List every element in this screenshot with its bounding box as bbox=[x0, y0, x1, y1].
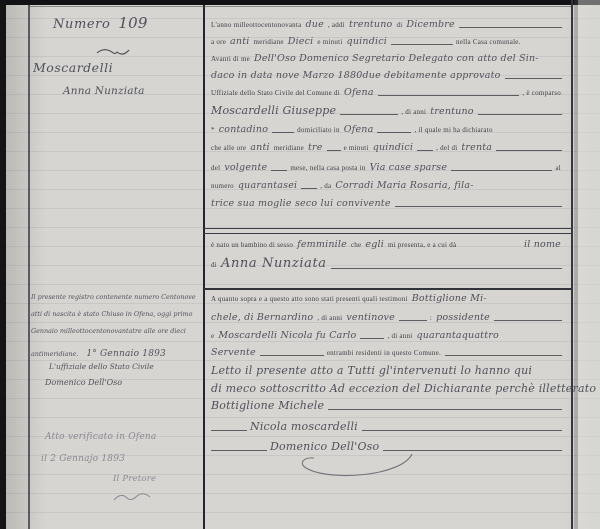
act-line-8: che alle ore anti meridiane tre e minuti… bbox=[211, 142, 565, 153]
printed-town-hall-label: nella Casa comunale. bbox=[456, 38, 521, 46]
signature-line bbox=[383, 448, 562, 451]
act-line-3: Avanti di me Dell'Oso Domenico Segretari… bbox=[211, 53, 565, 64]
act-line-1: L'anno milleottocentonovanta due , addì … bbox=[211, 19, 565, 30]
fill-rule bbox=[494, 318, 562, 321]
fill-rule bbox=[301, 186, 317, 189]
closing-note-officer-signature: Domenico Dell'Oso bbox=[45, 378, 122, 387]
printed-hour-label: a ore bbox=[211, 38, 226, 46]
scanned-birth-record: Numero 109 Moscardelli Anna Nunziata Il … bbox=[0, 0, 600, 529]
fill-rule bbox=[417, 148, 433, 151]
fill-rule bbox=[505, 76, 562, 79]
page-right-border bbox=[571, 0, 573, 529]
margin-surname: Moscardelli bbox=[33, 60, 113, 75]
printed-asterisk: * bbox=[211, 126, 215, 134]
witness-line-4: Servente entrambi residenti in questo Co… bbox=[211, 347, 565, 358]
act-line-10: numero quarantasei , da Corradi Maria Ro… bbox=[211, 180, 565, 191]
margin-given-name: Anna Nunziata bbox=[63, 85, 145, 97]
signature-flourish-icon bbox=[290, 452, 420, 482]
signature-line bbox=[328, 407, 562, 410]
flourish-icon bbox=[95, 46, 131, 58]
act-line-6: Moscardelli Giuseppe , di anni trentuno bbox=[211, 104, 565, 117]
pretore-signature-icon bbox=[111, 490, 153, 506]
hw-delegation-text: daco in data nove Marzo 1880due debitame… bbox=[211, 70, 501, 81]
printed-colon: : bbox=[430, 314, 432, 322]
act-line-4: daco in data nove Marzo 1880due debitame… bbox=[211, 70, 565, 81]
fill-rule bbox=[340, 112, 398, 115]
printed-declared-label: , il quale mi ha dichiarato bbox=[414, 126, 492, 134]
printed-witnesses-label: A quanto sopra e a questo atto sono stat… bbox=[211, 295, 408, 303]
printed-birth-minutes-label: e minuti bbox=[344, 144, 369, 152]
hw-birth-meridian: anti bbox=[250, 142, 269, 153]
hw-month: Dicembre bbox=[406, 19, 454, 30]
printed-and-label: e bbox=[211, 332, 214, 340]
printed-witness2-age-label: , di anni bbox=[387, 332, 412, 340]
witness-line-1: A quanto sopra e a questo atto sono stat… bbox=[211, 293, 565, 304]
fill-rule bbox=[360, 336, 384, 339]
fill-rule bbox=[395, 204, 562, 207]
fill-rule bbox=[459, 25, 562, 28]
printed-presents-label: mi presenta, e a cui dà bbox=[388, 241, 456, 249]
printed-born-label: è nato un bambino di sesso bbox=[211, 241, 293, 249]
closing-note-line: atti di nascita è stato Chiuso in Ofena,… bbox=[31, 310, 192, 318]
hw-birth-day: trenta bbox=[461, 142, 492, 153]
hw-witness1-profession: possidente bbox=[436, 312, 490, 323]
printed-day-label: , addì bbox=[328, 21, 345, 29]
birth-line-1: è nato un bambino di sesso femminile che… bbox=[211, 239, 565, 250]
signature-line bbox=[211, 428, 247, 431]
hw-hour: Dieci bbox=[288, 36, 314, 47]
hw-mother-name: Corradi Maria Rosaria, fila- bbox=[335, 180, 473, 191]
closing-note-line: Gennaio milleottocentonovantatre alle or… bbox=[31, 327, 186, 335]
hw-witness2-age: quarantaquattro bbox=[416, 330, 498, 341]
hw-read-aloud-text: Letto il presente atto a Tutti gl'interv… bbox=[211, 364, 532, 377]
hw-month-qualifier: volgente bbox=[224, 162, 267, 173]
act-line-2: a ore anti meridiane Dieci e minuti quin… bbox=[211, 36, 565, 47]
fill-rule bbox=[378, 93, 520, 96]
verification-note-line: Atto verificato in Ofena bbox=[45, 432, 157, 442]
witness-line-2: chele, di Bernardino , di anni ventinove… bbox=[211, 312, 565, 323]
signature-row-1: Bottiglione Michele bbox=[211, 399, 565, 412]
verification-note-date: il 2 Gennajo 1893 bbox=[41, 454, 125, 464]
fill-rule bbox=[271, 168, 287, 171]
hw-domicile: Ofena bbox=[344, 124, 374, 135]
hw-declarant-name: Moscardelli Giuseppe bbox=[211, 104, 336, 117]
hw-street: Via case sparse bbox=[370, 162, 448, 173]
hw-name-intro: il nome bbox=[524, 239, 561, 250]
hw-mother-details: trice sua moglie seco lui convivente bbox=[211, 198, 391, 209]
fill-rule bbox=[327, 148, 341, 151]
hw-minutes: quindici bbox=[347, 36, 387, 47]
fill-rule bbox=[377, 130, 411, 133]
hw-sex: femminile bbox=[297, 239, 347, 250]
margin-column: Numero 109 Moscardelli Anna Nunziata Il … bbox=[29, 0, 203, 529]
numero-value: 109 bbox=[118, 14, 147, 32]
printed-domicile-label: domiciliato in bbox=[297, 126, 340, 134]
printed-that-label: che bbox=[351, 241, 361, 249]
hw-witness1-age: ventinove bbox=[346, 312, 395, 323]
hw-witness2-name: Moscardelli Nicola fu Carlo bbox=[218, 330, 356, 341]
page-right-margin-strip bbox=[578, 0, 600, 529]
hw-witness1-name: Bottiglione Mi- bbox=[412, 293, 487, 304]
fill-rule bbox=[260, 353, 324, 356]
printed-age-label: , di anni bbox=[401, 108, 426, 116]
printed-witness1-age-label: , di anni bbox=[317, 314, 342, 322]
fill-rule bbox=[331, 266, 562, 269]
printed-year-label: L'anno milleottocentonovanta bbox=[211, 21, 302, 29]
fill-rule bbox=[272, 130, 294, 133]
printed-official-label: Uffiziale dello Stato Civile del Comune … bbox=[211, 89, 340, 97]
hw-year: due bbox=[306, 19, 324, 30]
numero-label: Numero bbox=[53, 17, 110, 32]
printed-number-label: numero bbox=[211, 182, 234, 190]
hw-declarant-age: trentuno bbox=[430, 106, 473, 117]
signature-row-2: Nicola moscardelli bbox=[211, 420, 565, 433]
witness-line-3: e Moscardelli Nicola fu Carlo , di anni … bbox=[211, 330, 565, 341]
act-number-heading: Numero 109 bbox=[53, 14, 152, 33]
hw-day: trentuno bbox=[349, 19, 392, 30]
closing-formula-line-1: Letto il presente atto a Tutti gl'interv… bbox=[211, 364, 565, 377]
act-body-column: L'anno milleottocentonovanta due , addì … bbox=[204, 0, 571, 529]
hw-comune: Ofena bbox=[344, 87, 374, 98]
closing-note-line: Il presente registro contenente numero C… bbox=[31, 293, 196, 301]
scan-edge-left bbox=[0, 0, 6, 529]
act-line-9: del volgente mese, nella casa posta in V… bbox=[211, 162, 565, 173]
hw-child-name: Anna Nunziata bbox=[221, 256, 327, 271]
closing-note-date-line: antimeridiane. 1° Gennaio 1893 bbox=[31, 343, 170, 361]
printed-minutes-label: e minuti bbox=[317, 38, 342, 46]
hw-house-number: quarantasei bbox=[238, 180, 297, 191]
hw-birth-minutes: quindici bbox=[373, 142, 413, 153]
hw-official-name: Dell'Oso Domenico Segretario Delegato co… bbox=[254, 53, 539, 64]
fill-rule bbox=[391, 42, 453, 45]
hw-illiterate-text: di meco sottoscritto Ad eccezion del Dic… bbox=[211, 382, 596, 395]
fill-rule bbox=[451, 168, 552, 171]
printed-meridian-label: meridiane bbox=[254, 38, 284, 46]
signature-line bbox=[211, 448, 267, 451]
printed-birth-day-label: , del dì bbox=[436, 144, 457, 152]
pretore-title: Il Pretore bbox=[113, 474, 156, 484]
closing-note-line: antimeridiane. bbox=[31, 350, 78, 358]
printed-before-me-label: Avanti di me bbox=[211, 55, 250, 63]
birth-line-2: di Anna Nunziata bbox=[211, 256, 565, 271]
printed-of-the-label: del bbox=[211, 164, 220, 172]
act-line-11: trice sua moglie seco lui convivente bbox=[211, 198, 565, 209]
hw-presenter: egli bbox=[365, 239, 384, 250]
fill-gap bbox=[460, 247, 521, 248]
witness2-signature: Nicola moscardelli bbox=[250, 420, 358, 433]
printed-residents-label: entrambi residenti in questo Comune. bbox=[327, 349, 441, 357]
printed-birth-meridian-label: meridiane bbox=[274, 144, 304, 152]
fill-rule bbox=[399, 318, 427, 321]
hw-birth-hour: tre bbox=[308, 142, 323, 153]
closing-formula-line-2: di meco sottoscritto Ad eccezion del Dic… bbox=[211, 382, 565, 395]
fill-rule bbox=[478, 112, 562, 115]
hw-profession: contadino bbox=[219, 124, 268, 135]
fill-rule bbox=[445, 353, 562, 356]
closing-note-officer-title: L'uffiziale dello Stato Civile bbox=[49, 362, 154, 371]
witness1-signature: Bottiglione Michele bbox=[211, 399, 324, 412]
printed-by-label: , da bbox=[320, 182, 331, 190]
act-line-7: * contadino domiciliato in Ofena , il qu… bbox=[211, 124, 565, 135]
hw-meridian: anti bbox=[230, 36, 249, 47]
printed-at-label: al bbox=[555, 164, 561, 172]
hw-witness1-patronymic: chele, di Bernardino bbox=[211, 312, 313, 323]
fill-rule bbox=[496, 148, 562, 151]
page-edge-shadow bbox=[574, 0, 578, 529]
printed-birth-hour-label: che alle ore bbox=[211, 144, 246, 152]
printed-di-label: di bbox=[211, 261, 217, 269]
hw-witness2-profession: Servente bbox=[211, 347, 256, 358]
printed-of-label: di bbox=[396, 21, 402, 29]
act-line-5: Uffiziale dello Stato Civile del Comune … bbox=[211, 87, 565, 98]
closing-note-date: 1° Gennaio 1893 bbox=[86, 349, 166, 359]
printed-appeared-label: , è comparso bbox=[522, 89, 561, 97]
signature-line bbox=[362, 428, 562, 431]
printed-house-label: mese, nella casa posta in bbox=[290, 164, 365, 172]
